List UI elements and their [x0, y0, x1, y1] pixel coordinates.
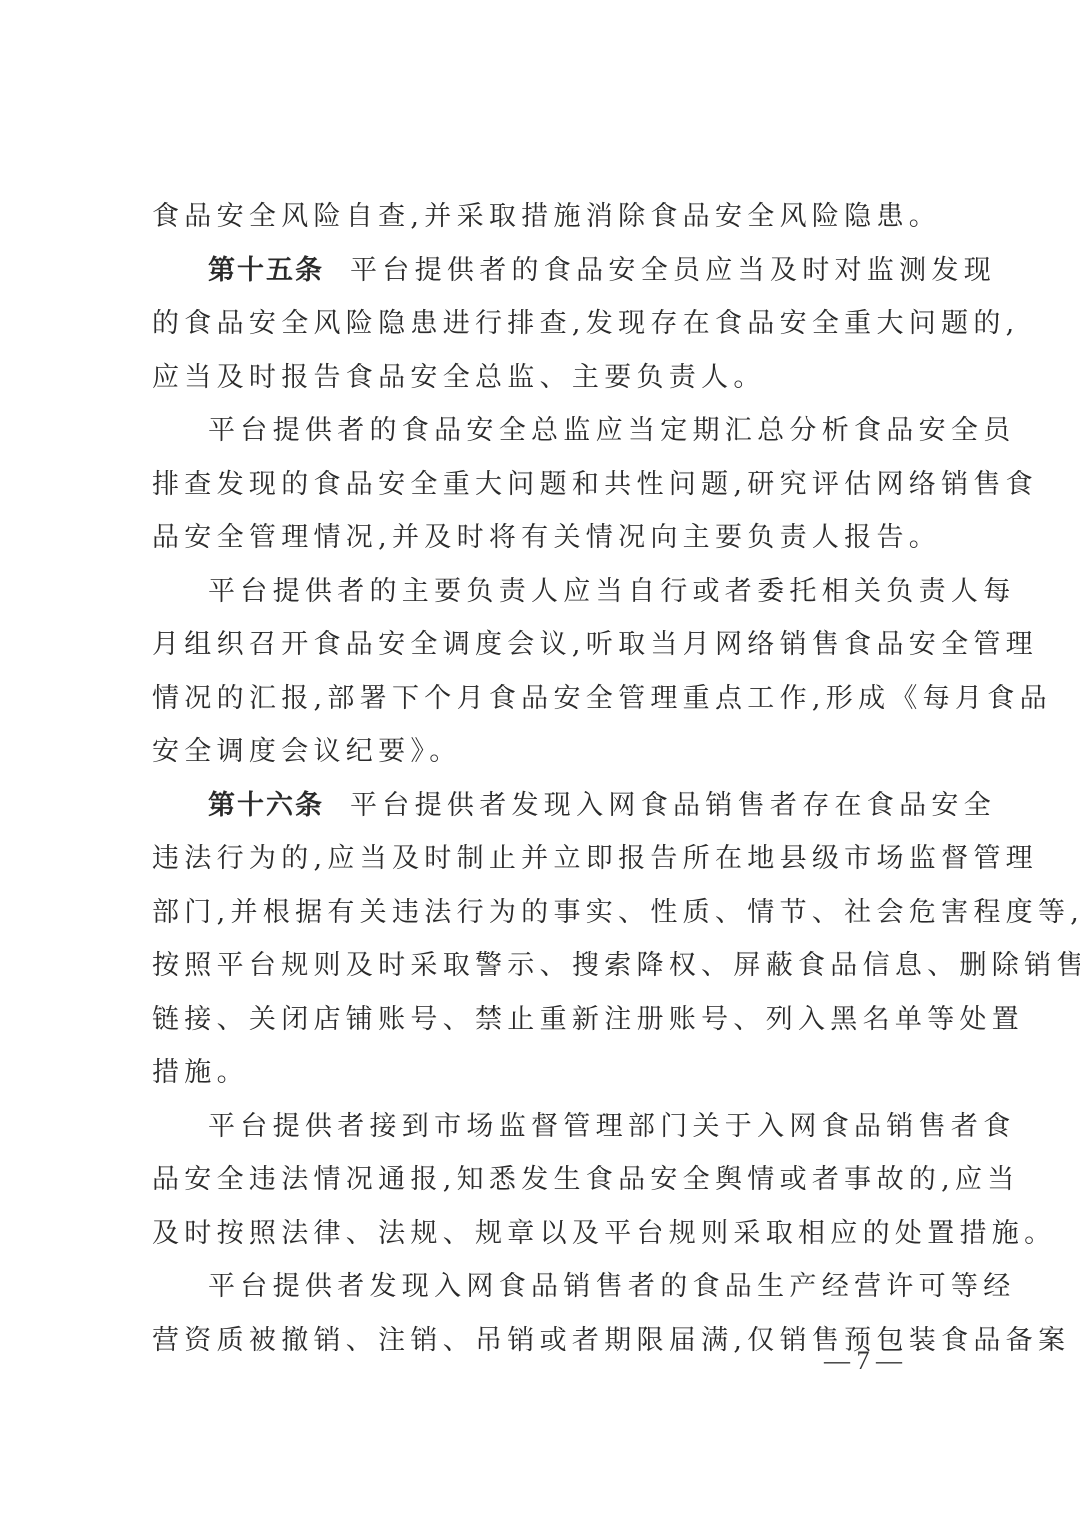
document-page: 食品安全风险自查,并采取措施消除食品安全风险隐患。 第十五条平台提供者的食品安全… — [0, 0, 1080, 1515]
text-line: 的食品安全风险隐患进行排查,发现存在食品安全重大问题的, — [152, 297, 932, 351]
text-line: 措施。 — [152, 1046, 932, 1100]
text-line: 品安全管理情况,并及时将有关情况向主要负责人报告。 — [152, 511, 932, 565]
text-line: 及时按照法律、法规、规章以及平台规则采取相应的处置措施。 — [152, 1207, 932, 1261]
text-line: 应当及时报告食品安全总监、主要负责人。 — [152, 351, 932, 405]
text-line: 平台提供者发现入网食品销售者的食品生产经营许可等经 — [152, 1260, 932, 1314]
text-line: 品安全违法情况通报,知悉发生食品安全舆情或者事故的,应当 — [152, 1153, 932, 1207]
text-line: 部门,并根据有关违法行为的事实、性质、情节、社会危害程度等, — [152, 886, 932, 940]
article-16-heading-line: 第十六条平台提供者发现入网食品销售者存在食品安全 — [152, 779, 932, 833]
text-line: 违法行为的,应当及时制止并立即报告所在地县级市场监督管理 — [152, 832, 932, 886]
text-span: 平台提供者的食品安全员应当及时对监测发现 — [350, 255, 996, 286]
document-body: 食品安全风险自查,并采取措施消除食品安全风险隐患。 第十五条平台提供者的食品安全… — [152, 190, 932, 1367]
text-line: 营资质被撤销、注销、吊销或者期限届满,仅销售预包装食品备案 — [152, 1314, 932, 1368]
text-line: 情况的汇报,部署下个月食品安全管理重点工作,形成《每月食品 — [152, 672, 932, 726]
text-line: 链接、关闭店铺账号、禁止重新注册账号、列入黑名单等处置 — [152, 993, 932, 1047]
text-line: 排查发现的食品安全重大问题和共性问题,研究评估网络销售食 — [152, 458, 932, 512]
text-span: 平台提供者发现入网食品销售者存在食品安全 — [350, 790, 996, 821]
text-line: 平台提供者的食品安全总监应当定期汇总分析食品安全员 — [152, 404, 932, 458]
text-line: 平台提供者的主要负责人应当自行或者委托相关负责人每 — [152, 565, 932, 619]
text-line: 按照平台规则及时采取警示、搜索降权、屏蔽食品信息、删除销售 — [152, 939, 932, 993]
article-number: 第十五条 — [208, 255, 324, 286]
article-number: 第十六条 — [208, 790, 324, 821]
text-line: 食品安全风险自查,并采取措施消除食品安全风险隐患。 — [152, 190, 932, 244]
text-line: 安全调度会议纪要》。 — [152, 725, 932, 779]
text-line: 月组织召开食品安全调度会议,听取当月网络销售食品安全管理 — [152, 618, 932, 672]
text-line: 平台提供者接到市场监督管理部门关于入网食品销售者食 — [152, 1100, 932, 1154]
page-number: — 7 — — [818, 1346, 908, 1376]
article-15-heading-line: 第十五条平台提供者的食品安全员应当及时对监测发现 — [152, 244, 932, 298]
